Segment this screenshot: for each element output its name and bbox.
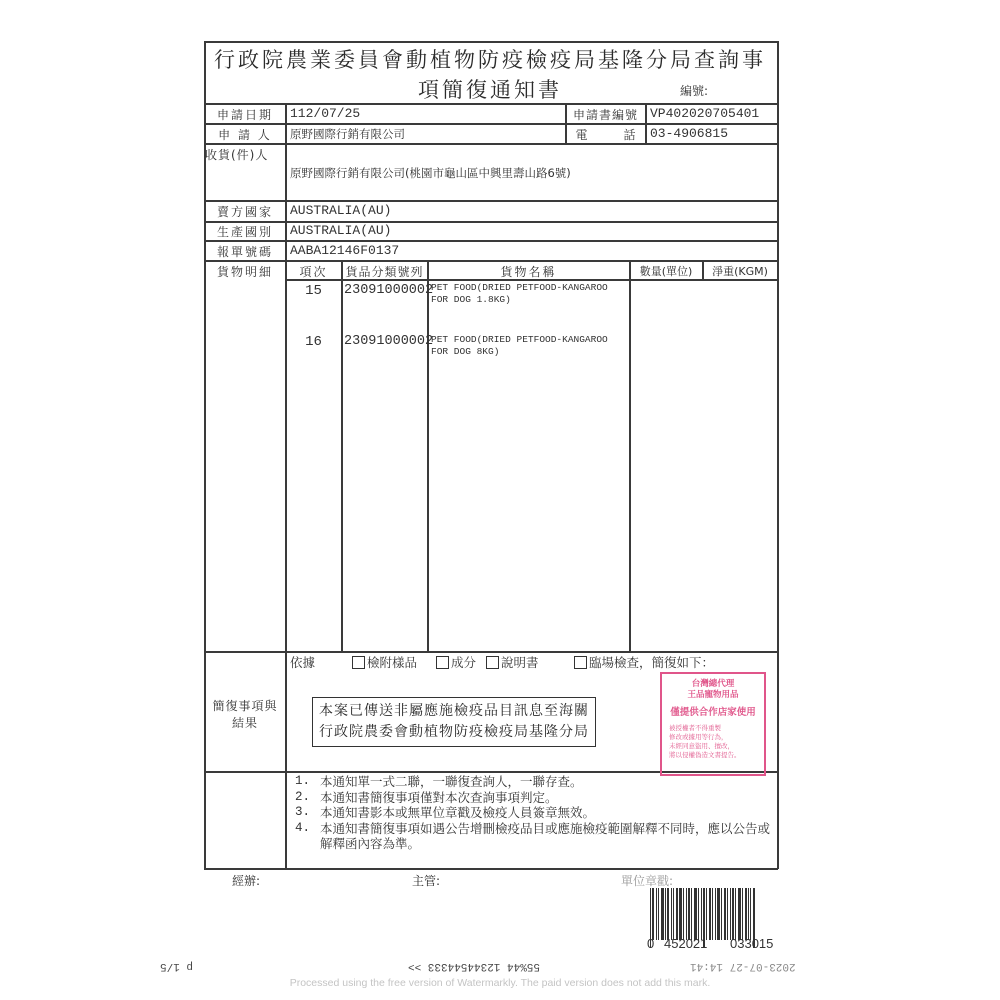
notes-list: 1.本通知單一式二聯，一聯復查詢人，一聯存查。 2.本通知書簡復事項僅對本次查詢… <box>295 774 773 852</box>
serial-label: 編號: <box>680 82 708 99</box>
barcode-bar <box>748 888 749 940</box>
checkbox-ingredients[interactable]: 成分 <box>436 655 476 671</box>
barcode <box>650 888 770 940</box>
barcode-bar <box>686 888 687 940</box>
barcode-bar <box>665 888 666 940</box>
barcode-bar <box>667 888 669 940</box>
barcode-bar <box>745 888 747 940</box>
checkbox-icon[interactable] <box>486 656 499 669</box>
goods-name: PET FOOD(DRIED PETFOOD-KANGAROO FOR DOG … <box>431 334 627 358</box>
barcode-bar <box>694 888 697 940</box>
supervisor-label: 主管: <box>412 872 440 889</box>
barcode-bar <box>742 888 743 940</box>
barcode-bar <box>671 888 672 940</box>
barcode-bar <box>691 888 692 940</box>
barcode-bar <box>661 888 664 940</box>
goods-item-no: 16 <box>286 334 341 350</box>
barcode-bar <box>706 888 707 940</box>
barcode-left-digit: 0 <box>647 936 654 951</box>
checkbox-onsite-inspection[interactable]: 臨場檢查，簡復如下： <box>574 655 714 671</box>
barcode-bar <box>724 888 726 940</box>
frame-top <box>204 41 778 43</box>
phone-label: 電 話 <box>566 126 645 143</box>
handler-label: 經辦: <box>232 872 260 889</box>
goods-label: 貨物明細 <box>205 263 285 280</box>
barcode-bar <box>701 888 702 940</box>
origin-country-label: 生產國別 <box>205 223 285 240</box>
declaration-no-label: 報單號碼 <box>205 243 285 260</box>
goods-header-code: 貨品分類號列 <box>342 263 427 280</box>
applicant-label: 申 請 人 <box>205 126 285 143</box>
barcode-right-digits: 033015 <box>730 936 773 951</box>
barcode-bar <box>721 888 722 940</box>
application-no-label: 申請書編號 <box>566 106 645 123</box>
frame-left <box>204 41 206 869</box>
origin-country-value: AUSTRALIA(AU) <box>290 223 391 238</box>
reply-section-label: 簡復事項與結果 <box>212 698 278 732</box>
phone-value: 03-4906815 <box>650 126 728 141</box>
fax-number: 55%44 12344544333 >> <box>408 960 540 972</box>
barcode-middle-digits: 452021 <box>664 936 707 951</box>
barcode-bar <box>673 888 674 940</box>
unit-stamp-label: 單位章戳: <box>621 872 673 889</box>
barcode-bar <box>738 888 741 940</box>
checkbox-icon[interactable] <box>574 656 587 669</box>
barcode-bar <box>698 888 699 940</box>
goods-item-no: 15 <box>286 283 341 299</box>
fax-page-number: p 1/5 <box>160 960 193 972</box>
checkbox-icon[interactable] <box>352 656 365 669</box>
declaration-no-value: AABA12146F0137 <box>290 243 399 258</box>
barcode-bar <box>750 888 751 940</box>
barcode-bar <box>656 888 657 940</box>
goods-header-item: 項次 <box>286 263 341 280</box>
note-item: 3.本通知書影本或無單位章戳及檢疫人員簽章無效。 <box>295 805 773 821</box>
barcode-bar <box>730 888 731 940</box>
application-no-value: VP402020705401 <box>650 106 759 121</box>
applicant-value: 原野國際行銷有限公司 <box>290 126 405 142</box>
barcode-bar <box>679 888 682 940</box>
frame-bottom <box>204 868 778 870</box>
seller-country-label: 賣方國家 <box>205 203 285 220</box>
barcode-bar <box>727 888 728 940</box>
goods-header-qty: 數量(單位) <box>630 263 702 279</box>
barcode-bar <box>717 888 720 940</box>
goods-code: 23091000002 <box>344 334 433 349</box>
consignee-value: 原野國際行銷有限公司(桃園市龜山區中興里壽山路6號) <box>290 165 571 181</box>
barcode-bar <box>709 888 711 940</box>
consignee-label: 收貨(件)人 <box>205 146 285 163</box>
barcode-bar <box>658 888 659 940</box>
goods-name: PET FOOD(DRIED PETFOOD-KANGAROO FOR DOG … <box>431 282 627 306</box>
barcode-bar <box>688 888 690 940</box>
note-item: 1.本通知單一式二聯，一聯復查詢人，一聯存查。 <box>295 774 773 790</box>
barcode-bar <box>683 888 684 940</box>
note-item: 4.本通知書簡復事項如遇公告增刪檢疫品目或應施檢疫範圍解釋不同時，應以公告或解釋… <box>295 821 773 852</box>
seller-country-value: AUSTRALIA(AU) <box>290 203 391 218</box>
note-item: 2.本通知書簡復事項僅對本次查詢事項判定。 <box>295 790 773 806</box>
goods-code: 23091000002 <box>344 283 433 298</box>
frame-right <box>777 41 779 869</box>
barcode-bar <box>715 888 716 940</box>
barcode-bar <box>732 888 734 940</box>
pink-watermark-stamp: 台灣總代理 王品寵物用品 僅提供合作店家使用 被授權者不得重製 修改或據用等行為… <box>660 672 766 776</box>
apply-date-value: 112/07/25 <box>290 106 360 121</box>
barcode-bar <box>735 888 736 940</box>
barcode-bar <box>712 888 713 940</box>
customs-stamp: 本案已傳送非屬應施檢疫品目訊息至海關 行政院農委會動植物防疫檢疫局基隆分局 <box>312 697 596 747</box>
checkbox-icon[interactable] <box>436 656 449 669</box>
basis-label: 依據 <box>290 655 315 671</box>
barcode-bar <box>676 888 678 940</box>
goods-header-name: 貨物名稱 <box>428 263 629 280</box>
fax-timestamp: 2023-07-27 14:41 <box>690 960 796 972</box>
checkbox-sample[interactable]: 檢附樣品 <box>352 655 417 671</box>
barcode-bar <box>652 888 654 940</box>
checkbox-manual[interactable]: 說明書 <box>486 655 539 671</box>
apply-date-label: 申請日期 <box>205 106 285 123</box>
watermark-notice: Processed using the free version of Wate… <box>0 977 1000 989</box>
goods-header-weight: 淨重(KGM) <box>703 263 777 279</box>
